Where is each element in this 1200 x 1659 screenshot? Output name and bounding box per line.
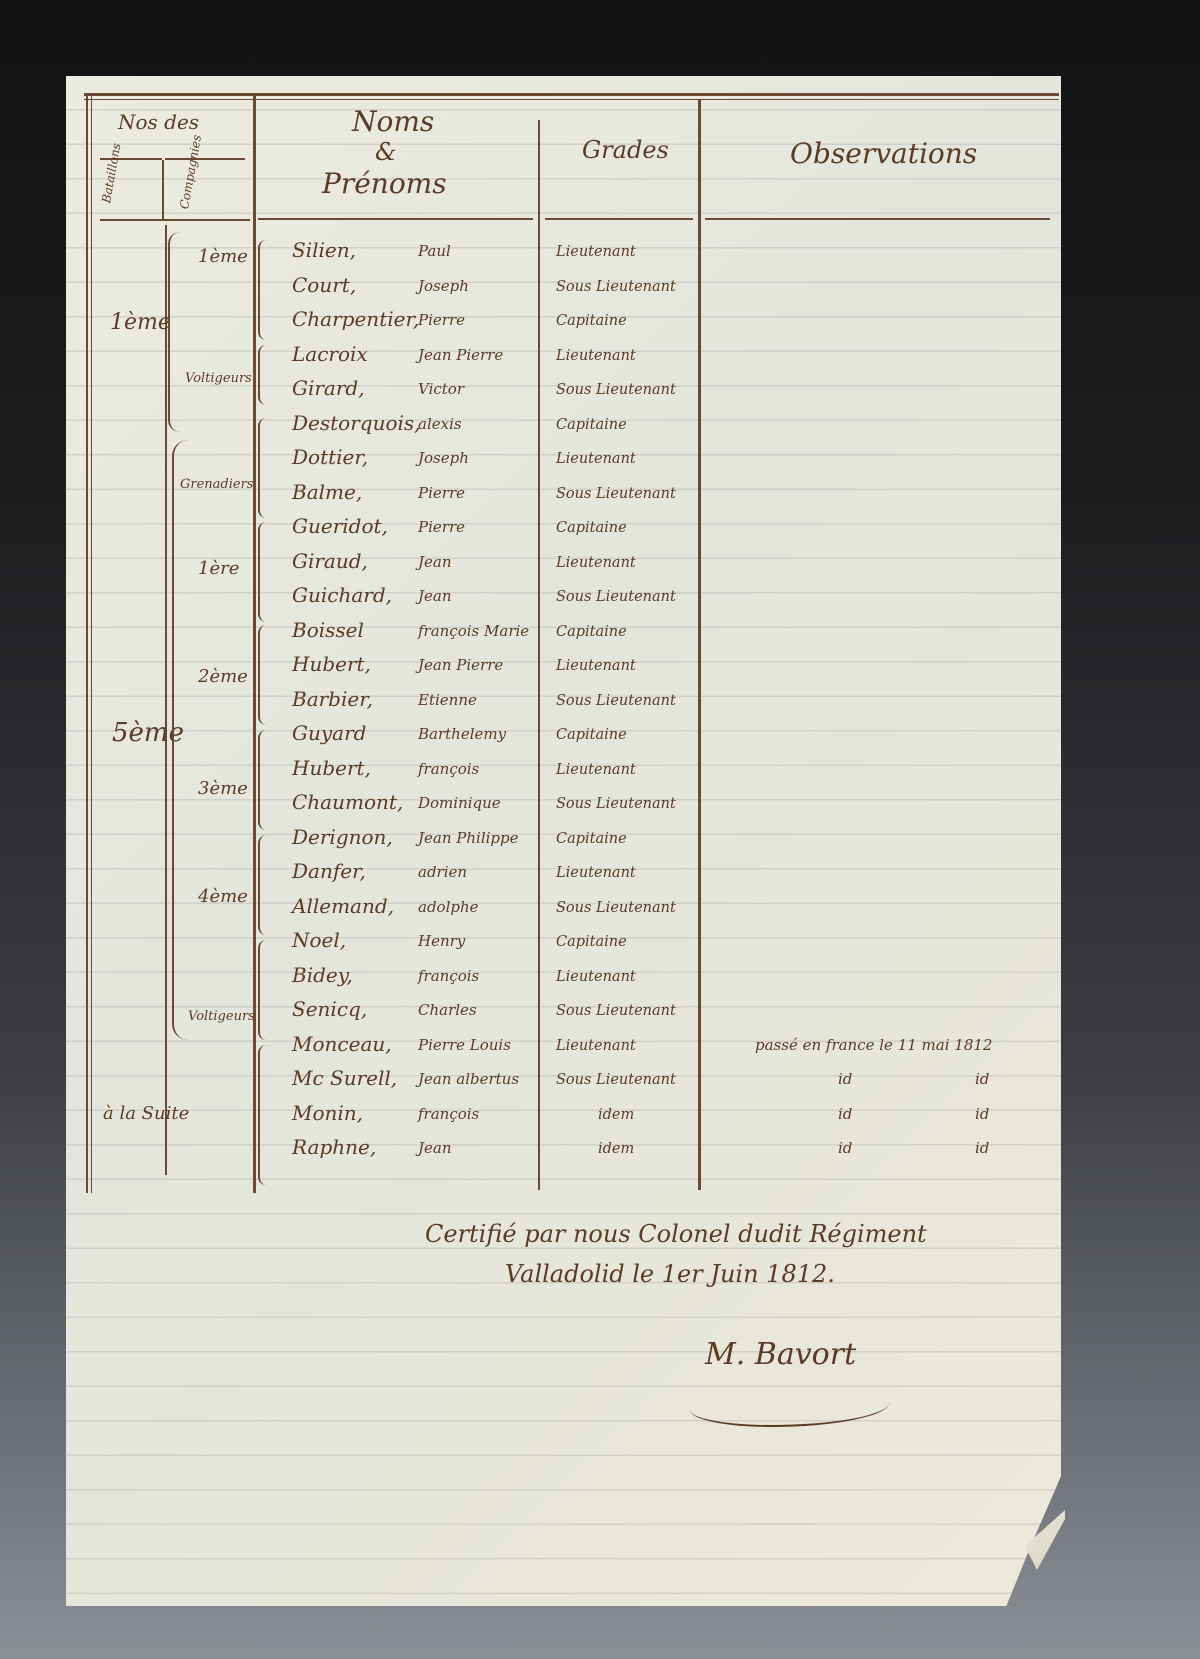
row-surname: Derignon,: [292, 827, 393, 847]
row-given-name: Dominique: [418, 796, 501, 811]
row-given-name: Joseph: [418, 451, 469, 466]
brace-company: [258, 625, 266, 725]
row-grade: Lieutenant: [556, 452, 636, 467]
company-label-3rd: 3ème: [198, 780, 248, 798]
row-observation-2: id: [975, 1141, 989, 1156]
brace-company: [258, 418, 266, 518]
row-grade: Lieutenant: [556, 866, 636, 881]
row-observation: id: [838, 1141, 852, 1156]
company-label-grenadiers: Grenadiers: [180, 478, 253, 491]
certification-line-2: Valladolid le 1er Juin 1812.: [505, 1262, 835, 1286]
brace-battalion-5: [172, 440, 188, 1040]
company-label-voltigeurs-5: Voltigeurs: [188, 1010, 255, 1023]
company-label-voltigeurs-1: Voltigeurs: [185, 372, 252, 385]
row-grade: Lieutenant: [556, 349, 636, 364]
row-given-name: françois: [418, 969, 479, 984]
row-grade: Sous Lieutenant: [556, 383, 676, 398]
row-surname: Bidey,: [292, 965, 353, 985]
row-given-name: adrien: [418, 865, 467, 880]
row-grade: Capitaine: [556, 314, 627, 329]
header-observations: Observations: [790, 140, 977, 168]
row-given-name: Pierre Louis: [418, 1038, 511, 1053]
row-grade: Capitaine: [556, 832, 627, 847]
row-given-name: Jean albertus: [418, 1072, 519, 1087]
row-surname: Barbier,: [292, 689, 373, 709]
brace-company: [258, 240, 266, 340]
row-given-name: Charles: [418, 1003, 477, 1018]
row-surname: Destorquois,: [292, 413, 421, 433]
row-given-name: Jean: [418, 555, 452, 570]
row-grade: Capitaine: [556, 418, 627, 433]
row-surname: Chaumont,: [292, 792, 403, 812]
row-grade: idem: [598, 1108, 634, 1123]
brace-company: [258, 522, 266, 622]
brace-company: [258, 835, 266, 935]
row-surname: Monin,: [292, 1103, 363, 1123]
row-surname: Charpentier,: [292, 309, 419, 329]
row-given-name: Pierre: [418, 313, 465, 328]
row-surname: Hubert,: [292, 758, 371, 778]
row-grade: Sous Lieutenant: [556, 590, 676, 605]
row-given-name: Joseph: [418, 279, 469, 294]
row-observation-2: id: [975, 1107, 989, 1122]
row-surname: Silien,: [292, 240, 356, 260]
colonel-signature: M. Bavort: [705, 1340, 856, 1370]
header-first-names: Prénoms: [322, 170, 447, 198]
row-grade: Lieutenant: [556, 970, 636, 985]
row-surname: Boissel: [292, 620, 364, 640]
row-observation-2: id: [975, 1072, 989, 1087]
row-grade: Sous Lieutenant: [556, 1004, 676, 1019]
row-grade: Sous Lieutenant: [556, 901, 676, 916]
row-observation: id: [838, 1107, 852, 1122]
header-numbers-of: Nos des: [118, 112, 199, 132]
company-label-1st: 1ère: [198, 560, 239, 578]
row-given-name: adolphe: [418, 900, 479, 915]
row-given-name: Jean Pierre: [418, 658, 503, 673]
row-surname: Danfer,: [292, 861, 366, 881]
row-surname: Noel,: [292, 930, 346, 950]
row-given-name: Henry: [418, 934, 465, 949]
company-label-4th: 4ème: [198, 888, 248, 906]
row-surname: Senicq,: [292, 999, 367, 1019]
row-grade: Capitaine: [556, 728, 627, 743]
company-label-1: 1ème: [198, 248, 248, 266]
brace-company: [258, 730, 266, 830]
row-surname: Monceau,: [292, 1034, 392, 1054]
row-given-name: Jean: [418, 589, 452, 604]
row-given-name: Etienne: [418, 693, 477, 708]
row-surname: Gueridot,: [292, 516, 388, 536]
row-grade: Lieutenant: [556, 556, 636, 571]
header-grades: Grades: [582, 138, 669, 162]
row-surname: Guyard: [292, 723, 366, 743]
row-grade: Lieutenant: [556, 245, 636, 260]
row-surname: Dottier,: [292, 447, 368, 467]
row-grade: Sous Lieutenant: [556, 797, 676, 812]
row-observation: passé en france le 11 mai 1812: [755, 1038, 992, 1053]
row-surname: Lacroix: [292, 344, 368, 364]
brace-company: [258, 940, 266, 1040]
row-grade: Lieutenant: [556, 763, 636, 778]
brace-company: [258, 345, 266, 405]
row-grade: idem: [598, 1142, 634, 1157]
row-surname: Giraud,: [292, 551, 368, 571]
row-surname: Allemand,: [292, 896, 394, 916]
battalion-label-suite: à la Suite: [103, 1105, 189, 1123]
row-given-name: Jean Philippe: [418, 831, 519, 846]
row-grade: Capitaine: [556, 521, 627, 536]
row-grade: Lieutenant: [556, 659, 636, 674]
row-surname: Hubert,: [292, 654, 371, 674]
row-given-name: françois: [418, 1107, 479, 1122]
row-given-name: Barthelemy: [418, 727, 506, 742]
row-observation: id: [838, 1072, 852, 1087]
certification-line-1: Certifié par nous Colonel dudit Régiment: [425, 1222, 927, 1246]
row-surname: Girard,: [292, 378, 365, 398]
row-given-name: françois: [418, 762, 479, 777]
row-given-name: alexis: [418, 417, 462, 432]
row-surname: Guichard,: [292, 585, 392, 605]
row-surname: Raphne,: [292, 1137, 376, 1157]
brace-company: [258, 1045, 266, 1185]
row-given-name: Jean: [418, 1141, 452, 1156]
row-grade: Lieutenant: [556, 1039, 636, 1054]
brace-battalion-1: [168, 232, 180, 432]
row-surname: Mc Surell,: [292, 1068, 397, 1088]
row-grade: Sous Lieutenant: [556, 694, 676, 709]
row-given-name: Jean Pierre: [418, 348, 503, 363]
row-surname: Court,: [292, 275, 356, 295]
row-given-name: françois Marie: [418, 624, 529, 639]
row-grade: Capitaine: [556, 935, 627, 950]
header-names: Noms: [352, 108, 434, 136]
row-given-name: Victor: [418, 382, 464, 397]
row-surname: Balme,: [292, 482, 362, 502]
row-given-name: Paul: [418, 244, 451, 259]
row-given-name: Pierre: [418, 486, 465, 501]
row-grade: Sous Lieutenant: [556, 280, 676, 295]
row-given-name: Pierre: [418, 520, 465, 535]
row-grade: Sous Lieutenant: [556, 1073, 676, 1088]
company-label-2nd: 2ème: [198, 668, 248, 686]
row-grade: Sous Lieutenant: [556, 487, 676, 502]
battalion-label-1: 1ème: [110, 312, 171, 334]
header-ampersand: &: [375, 140, 396, 164]
row-grade: Capitaine: [556, 625, 627, 640]
